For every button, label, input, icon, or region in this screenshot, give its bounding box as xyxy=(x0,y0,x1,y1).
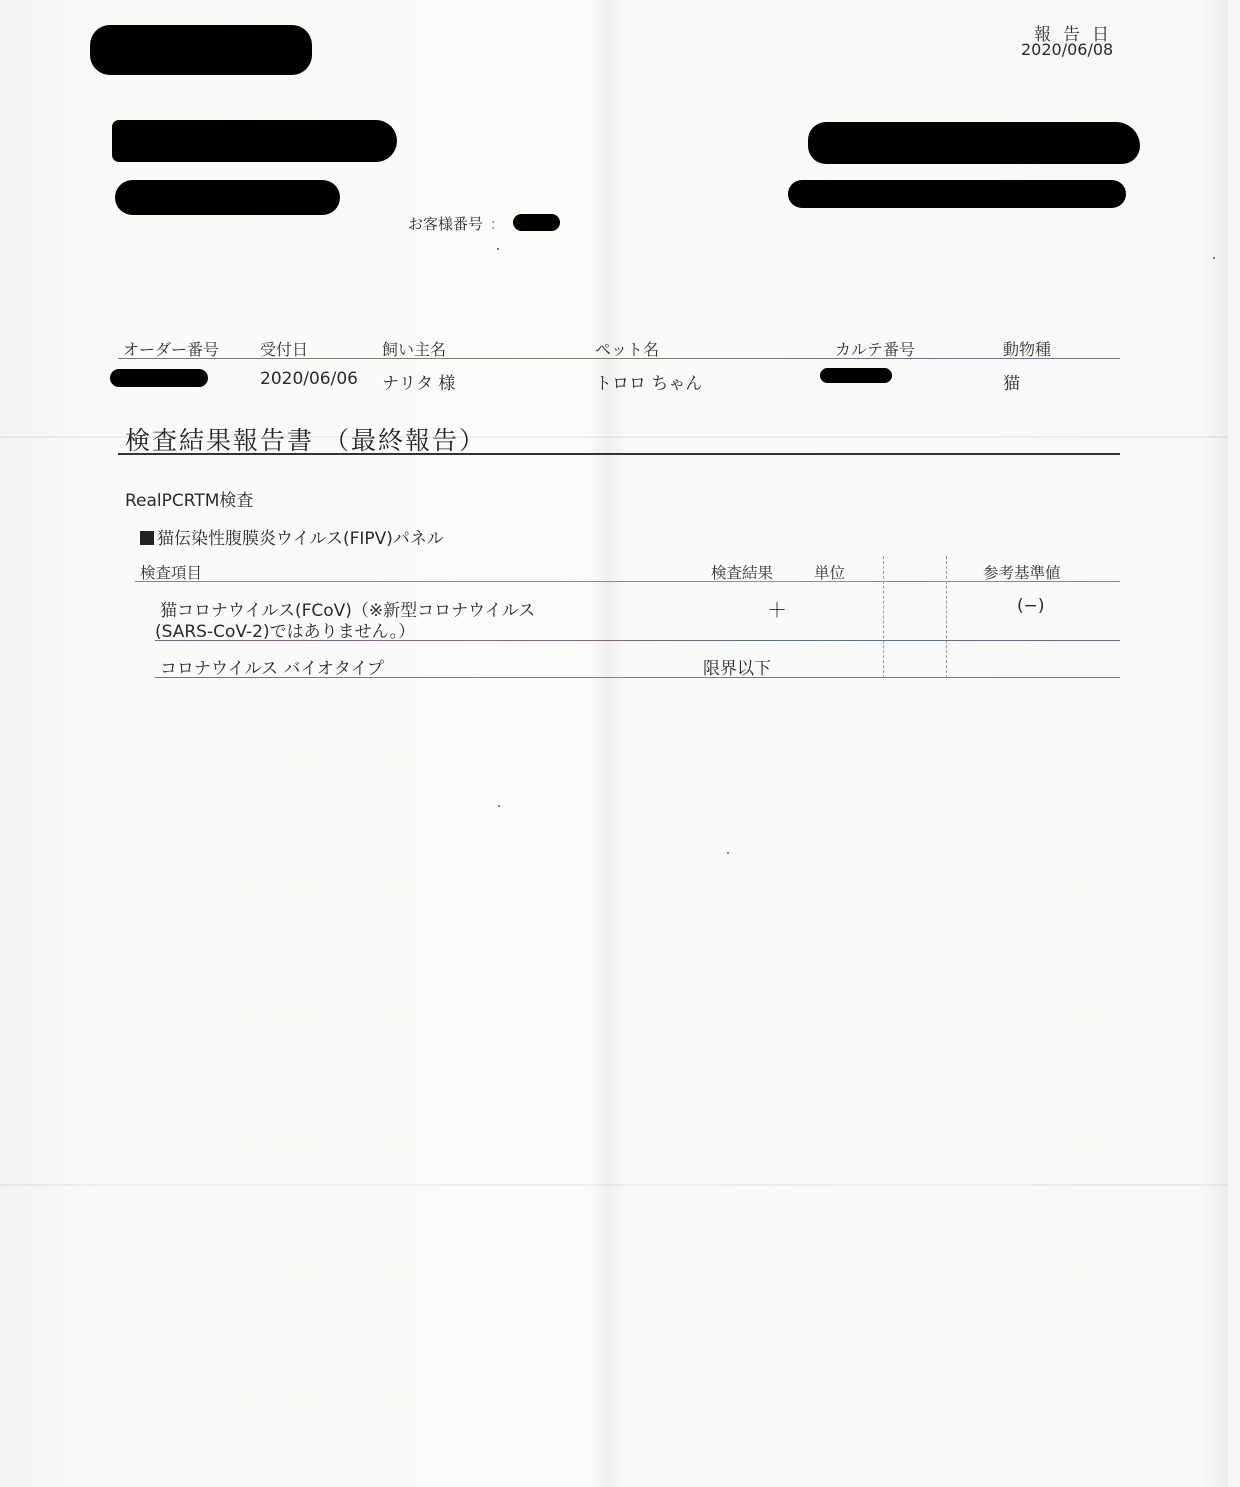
row-item-line2: (SARS-CoV-2)ではありません。） xyxy=(155,617,415,642)
item-header: 検査項目 xyxy=(140,561,202,583)
paper-speck xyxy=(727,852,729,854)
info-divider xyxy=(118,358,1120,359)
customer-number-label: お客様番号 : xyxy=(408,213,496,234)
redacted-clinic-address xyxy=(112,120,397,162)
report-date: 2020/06/08 xyxy=(1021,40,1113,59)
pet-name-header: ペット名 xyxy=(595,337,659,360)
species-value: 猫 xyxy=(1003,369,1020,394)
row-reference: (−) xyxy=(1017,596,1045,616)
test-panel: 猫伝染性腹膜炎ウイルス(FIPV)パネル xyxy=(140,524,444,549)
order-number-header: オーダー番号 xyxy=(123,337,219,360)
paper-speck xyxy=(1213,257,1215,259)
separator: : xyxy=(491,215,496,233)
test-panel-name: 猫伝染性腹膜炎ウイルス(FIPV)パネル xyxy=(157,529,444,549)
report-title: 検査結果報告書 （最終報告） xyxy=(125,421,486,457)
result-header: 検査結果 xyxy=(711,561,773,583)
species-header: 動物種 xyxy=(1003,337,1051,360)
title-underline xyxy=(118,453,1120,455)
report-paper: 報告日 2020/06/08 お客様番号 : オーダー番号 受付日 飼い主名 ペ… xyxy=(0,0,1228,1487)
square-bullet-icon xyxy=(140,531,154,545)
row-item-line1: コロナウイルス バイオタイプ xyxy=(160,654,384,679)
redacted-customer-number xyxy=(513,214,560,231)
redacted-lab-name xyxy=(808,122,1140,164)
reception-date-value: 2020/06/06 xyxy=(260,369,358,389)
chart-number-header: カルテ番号 xyxy=(835,337,915,360)
reception-date-header: 受付日 xyxy=(260,337,308,360)
owner-name-header: 飼い主名 xyxy=(382,337,446,360)
owner-name-value: ナリタ 様 xyxy=(382,369,455,394)
row-result: ＋ xyxy=(767,594,787,623)
paper-speck xyxy=(497,248,499,250)
column-divider xyxy=(883,556,884,678)
table-header-divider xyxy=(135,581,1120,582)
fold-line xyxy=(0,1184,1228,1186)
row-divider xyxy=(155,640,1120,641)
test-method: RealPCRTM検査 xyxy=(125,486,253,511)
column-divider xyxy=(946,556,947,678)
row-divider xyxy=(155,677,1120,678)
paper-speck xyxy=(498,805,500,807)
redacted-clinic-phone xyxy=(115,180,340,215)
unit-header: 単位 xyxy=(814,561,845,583)
redacted-order-number xyxy=(110,369,208,387)
redacted-chart-number xyxy=(820,368,892,383)
customer-number-label-text: お客様番号 xyxy=(408,215,483,233)
redacted-lab-address xyxy=(788,180,1126,208)
reference-header: 参考基準値 xyxy=(983,561,1061,583)
row-result: 限界以下 xyxy=(703,654,771,679)
pet-name-value: トロロ ちゃん xyxy=(595,369,702,394)
redacted-clinic-name xyxy=(90,25,312,75)
